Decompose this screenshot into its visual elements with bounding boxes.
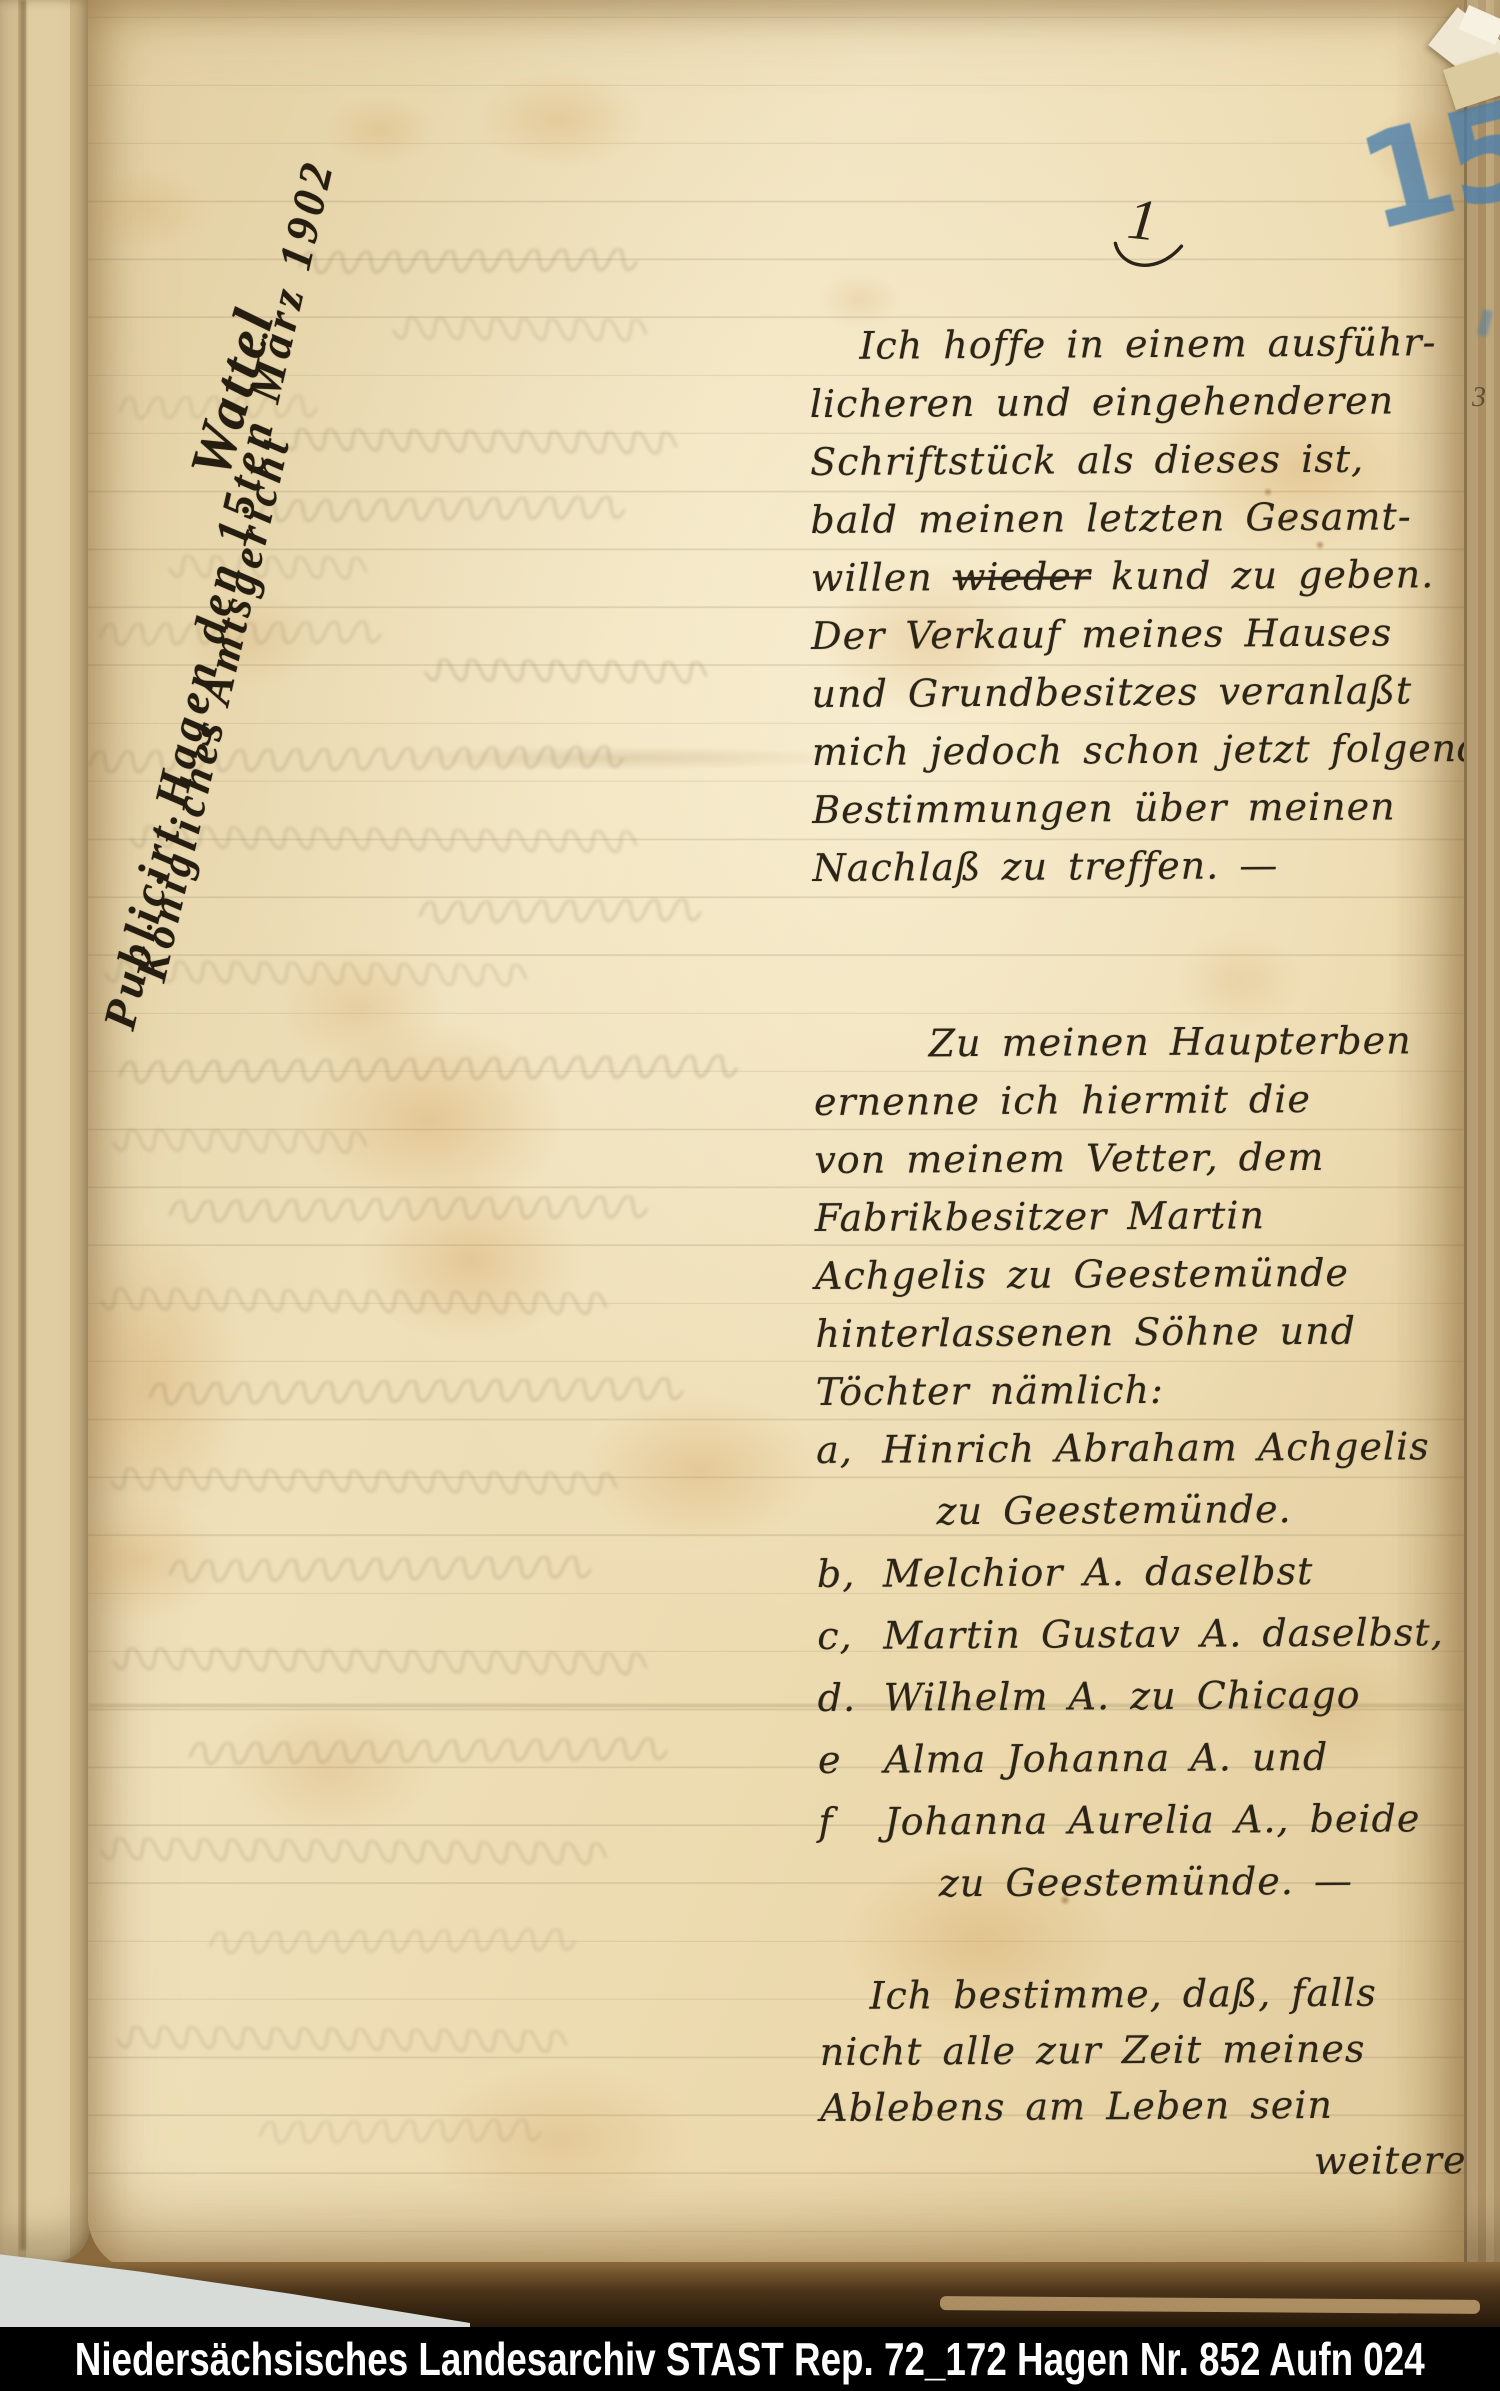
heir-list-item: a,Hinrich Abraham Achgelis bbox=[816, 1424, 1464, 1490]
line-segment: kund zu geben. bbox=[1091, 552, 1434, 598]
manuscript-line: nicht alle zur Zeit meines bbox=[820, 2026, 1464, 2086]
manuscript-line: von meinem Vetter, dem bbox=[814, 1134, 1464, 1196]
heir-list-item: c,Martin Gustav A. daselbst, bbox=[817, 1610, 1464, 1676]
flourish-underline-icon bbox=[1108, 235, 1190, 285]
heir-name: Melchior A. daselbst bbox=[883, 1549, 1314, 1596]
list-letter: f bbox=[818, 1800, 884, 1844]
heir-list-item: d.Wilhelm A. zu Chicago bbox=[818, 1672, 1464, 1738]
manuscript-line: ernenne ich hiermit die bbox=[814, 1076, 1464, 1138]
manuscript-line: und Grundbesitzes veranlaßt bbox=[811, 668, 1464, 730]
heir-list-item: fJohanna Aurelia A., beide bbox=[818, 1796, 1464, 1862]
bleedthrough-stroke bbox=[88, 1647, 650, 1684]
manuscript-line: Töchter nämlich: bbox=[816, 1366, 1464, 1428]
list-letter: c, bbox=[817, 1614, 883, 1658]
bleedthrough-stroke bbox=[256, 496, 639, 531]
heir-name: zu Geestemünde. — bbox=[939, 1859, 1353, 1906]
testament-text: Ich hoffe in einem ausführ- licheren und… bbox=[809, 320, 1464, 2198]
list-letter: a, bbox=[816, 1428, 882, 1472]
left-edge-crease bbox=[20, 0, 26, 2250]
bleedthrough-stroke bbox=[206, 1928, 599, 1963]
manuscript-line: Fabrikbesitzer Martin bbox=[815, 1192, 1464, 1254]
heir-name: Hinrich Abraham Achgelis bbox=[882, 1424, 1430, 1471]
bleedthrough-stroke bbox=[146, 1377, 709, 1414]
manuscript-line: Nachlaß zu treffen. — bbox=[812, 842, 1464, 904]
bleedthrough-stroke bbox=[386, 317, 649, 351]
line-segment: willen bbox=[811, 555, 953, 600]
bleedthrough-stroke bbox=[96, 2026, 569, 2062]
heir-name: zu Geestemünde. bbox=[936, 1487, 1291, 1533]
bleedthrough-stroke bbox=[416, 658, 709, 692]
manuscript-line: hinterlassenen Söhne und bbox=[815, 1308, 1464, 1370]
bleedthrough-stroke bbox=[186, 1737, 669, 1773]
manuscript-line: Schriftstück als dieses ist, bbox=[810, 436, 1464, 498]
manuscript-line-with-strikethrough: willen wieder kund zu geben. bbox=[811, 552, 1464, 614]
heir-name: Wilhelm A. zu Chicago bbox=[884, 1673, 1361, 1720]
list-letter: e bbox=[818, 1738, 884, 1782]
heir-list-item: eAlma Johanna A. und bbox=[818, 1734, 1464, 1800]
manuscript-line: Ablebens am Leben sein bbox=[820, 2082, 1464, 2142]
scanned-document: Publicirt Hagen den 15ten März 1902 Köni… bbox=[0, 0, 1500, 2391]
manuscript-line: Der Verkauf meines Hauses bbox=[811, 610, 1464, 672]
heir-list-item: zu Geestemünde. bbox=[816, 1486, 1464, 1552]
bleedthrough-stroke bbox=[296, 248, 639, 283]
manuscript-line: mich jedoch schon jetzt folgende bbox=[812, 726, 1464, 788]
manuscript-page: Publicirt Hagen den 15ten März 1902 Köni… bbox=[88, 0, 1464, 2272]
manuscript-line: Achgelis zu Geestemünde bbox=[815, 1250, 1464, 1312]
bleedthrough-stroke bbox=[416, 898, 719, 932]
heir-name: Alma Johanna A. und bbox=[884, 1735, 1328, 1782]
manuscript-line: licheren und eingehenderen bbox=[810, 378, 1464, 440]
page-number-ink: 1 bbox=[1125, 185, 1161, 255]
bleedthrough-stroke bbox=[88, 1837, 610, 1873]
manuscript-line: bald meinen letzten Gesamt- bbox=[810, 494, 1464, 556]
bleedthrough-stroke bbox=[256, 2118, 569, 2152]
heir-name: Martin Gustav A. daselbst, bbox=[883, 1610, 1444, 1657]
bleedthrough-stroke bbox=[96, 1467, 619, 1503]
bleedthrough-stroke bbox=[88, 1287, 610, 1323]
list-letter: d. bbox=[818, 1676, 884, 1720]
list-letter: b, bbox=[817, 1552, 883, 1596]
margin-mark: 3 bbox=[1472, 382, 1486, 414]
folded-corner bbox=[1428, 6, 1500, 116]
manuscript-line: Ich hoffe in einem ausführ- bbox=[809, 320, 1464, 382]
bleedthrough-stroke bbox=[88, 1129, 370, 1163]
manuscript-line: Ich bestimme, daß, falls bbox=[819, 1970, 1464, 2030]
manuscript-line: Zu meinen Haupterben bbox=[814, 1018, 1464, 1080]
right-page-edges bbox=[1464, 0, 1500, 2270]
catchword: weitere bbox=[820, 2138, 1464, 2198]
bleedthrough-stroke bbox=[166, 1556, 599, 1592]
archive-caption-text: Niedersächsisches Landesarchiv STAST Rep… bbox=[75, 2332, 1425, 2386]
heir-list-item: b,Melchior A. daselbst bbox=[817, 1548, 1464, 1614]
heir-name: Johanna Aurelia A., beide bbox=[884, 1796, 1420, 1843]
struck-word: wieder bbox=[953, 554, 1091, 599]
manuscript-line: Bestimmungen über meinen bbox=[812, 784, 1464, 846]
archive-caption-bar: Niedersächsisches Landesarchiv STAST Rep… bbox=[0, 2327, 1500, 2391]
heir-list-item: zu Geestemünde. — bbox=[819, 1858, 1464, 1924]
bleedthrough-stroke bbox=[166, 1195, 649, 1231]
left-page-edge bbox=[0, 0, 90, 2262]
bleedthrough-stroke bbox=[256, 428, 679, 463]
bleedthrough-stroke bbox=[116, 1055, 739, 1093]
